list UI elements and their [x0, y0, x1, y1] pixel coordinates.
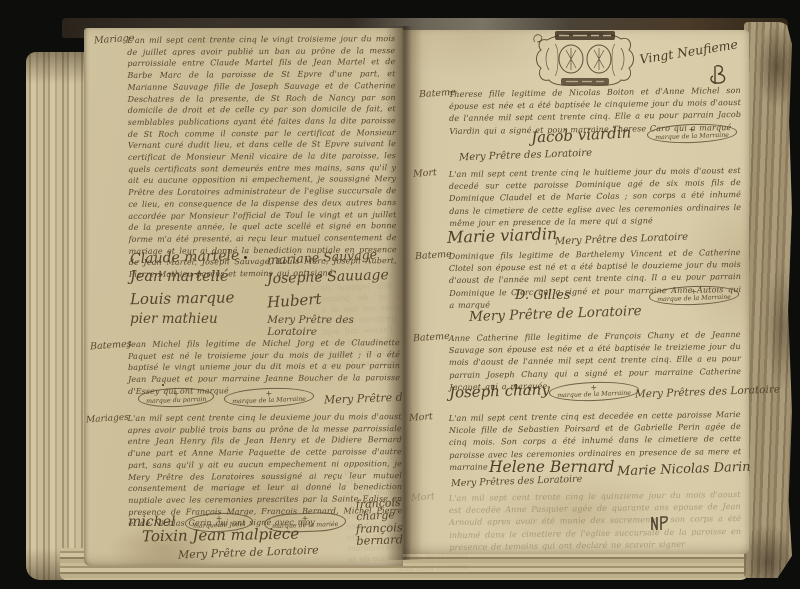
signature: Marie Nicolas Darin: [617, 460, 751, 480]
right-page: Vingt Neufieme Bateme Therese fille legi…: [403, 30, 749, 554]
ink-monogram-mark: [649, 514, 669, 532]
signature-block: Claude martele mariane Sauvage Jean mart…: [130, 249, 398, 338]
priest-attestation: Mery Prêtre des Loratoire: [267, 311, 398, 338]
mark-marraine-oval: +marque de la Marraine: [549, 380, 639, 402]
signature-malpiece: Toixin Jean malpiece: [142, 525, 299, 546]
mark-marraine-oval: +marque de la Marraine: [224, 386, 314, 408]
priest-attestation: Mery Prêtre des Loratoire: [459, 148, 592, 164]
signature: D. Gilles: [515, 288, 570, 303]
signature: Marie viardin: [447, 224, 558, 247]
margin-label-bateme: Batemes: [90, 339, 132, 353]
folio-number: Vingt Neufieme: [638, 36, 738, 66]
mark-parrain-oval: +marque du parrain: [138, 387, 215, 408]
marks-row: +marque de la Marraine: [549, 382, 639, 401]
paraph-mark: [703, 64, 729, 86]
signature: pier mathieu: [130, 311, 267, 338]
marks-row: +marque de la Marraine: [647, 124, 737, 143]
signature: Hubert: [267, 284, 399, 311]
signature: Helene Bernard: [489, 458, 614, 476]
signature: Josephe Sauuage: [267, 267, 398, 288]
act-text-faded: L'an mil sept cent trente cinq le quinzi…: [449, 488, 742, 553]
priest-attestation: Mery Prêtre de Loratoire: [178, 544, 319, 562]
mark-marraine-oval: +marque de la Marraine: [649, 284, 739, 306]
scanned-register-photo: Anne Catherine fille legitime de Françoi…: [0, 0, 800, 589]
mark-marraine-oval: +marque de la Marraine: [647, 122, 737, 144]
signature: mariane Sauvage: [267, 246, 398, 269]
signature: Jean martellé: [130, 269, 267, 285]
margin-label-mort: Mort: [413, 167, 438, 180]
signature: Claude martele: [130, 247, 268, 268]
priest-attestation: Mery Prêtres des Loratoire: [451, 474, 583, 490]
left-page: Anne Catherine fille legitime de Françoi…: [84, 28, 403, 566]
priest-attestation: Mery Prêtre des Loratoire: [555, 232, 688, 248]
signature-viardin: Jacob viardin: [531, 123, 632, 146]
signature-chany: Joseph chany: [449, 380, 550, 402]
margin-label-mort-faded: Mort: [411, 491, 436, 504]
margin-label-bateme: Bateme: [415, 249, 452, 263]
signature: Louis marque: [130, 288, 268, 308]
engraved-tax-stamp: [533, 30, 637, 92]
signature: françois bernard: [356, 521, 404, 547]
act-text-mariage: L'an mil sept cent trente cinq le vingt …: [127, 33, 397, 281]
margin-label-mort: Mort: [409, 411, 434, 424]
margin-label-mariages: Mariages: [86, 413, 129, 426]
signature: françois charge: [355, 497, 403, 523]
marks-row: +marque de la Marraine: [649, 286, 739, 305]
act-text: L'an mil sept cent trente cinq le huitie…: [449, 164, 742, 229]
right-cover-edge: [744, 22, 792, 578]
margin-label-bateme: Bateme: [413, 331, 450, 345]
